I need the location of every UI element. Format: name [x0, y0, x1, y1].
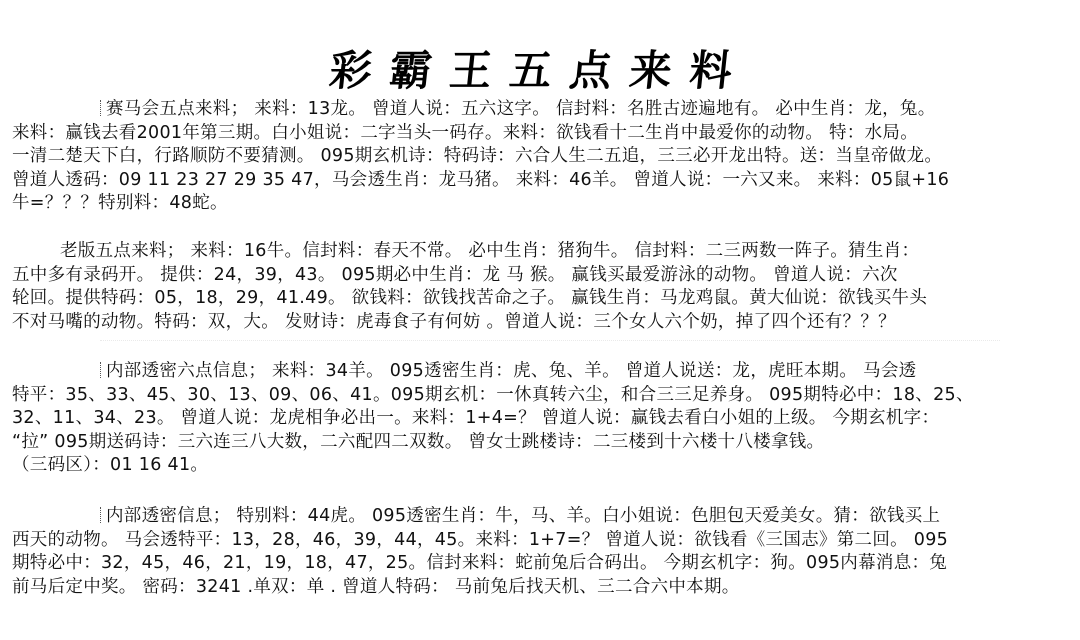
text-line: 轮回。提供特码：05，18，29，41.49。 欲钱料：欲钱找苦命之子。 赢钱生…	[12, 287, 1072, 311]
section-old-version-five-point: 老版五点来料； 来料：16牛。信封料：春天不常。 必中生肖：猪狗牛。 信封料：二…	[12, 240, 1072, 334]
section-saimahui-five-point: 赛马会五点来料； 来料：13龙。 曾道人说：五六这字。 信封料：名胜古迹遍地有。…	[12, 98, 1072, 216]
text-line: 32、11、34、23。 曾道人说：龙虎相争必出一。来料：1+4=？ 曾道人说：…	[12, 407, 1072, 431]
text-line-content: 赛马会五点来料； 来料：13龙。 曾道人说：五六这字。 信封料：名胜古迹遍地有。…	[106, 99, 936, 119]
text-line: 牛=？？？特别料：48蛇。	[12, 192, 1072, 216]
text-line: 赛马会五点来料； 来料：13龙。 曾道人说：五六这字。 信封料：名胜古迹遍地有。…	[12, 98, 1072, 122]
text-line: 不对马嘴的动物。特码：双，大。 发财诗：虎毒食子有何妨 。曾道人说：三个女人六个…	[12, 311, 1072, 335]
text-line: 老版五点来料； 来料：16牛。信封料：春天不常。 必中生肖：猪狗牛。 信封料：二…	[12, 240, 1072, 264]
text-line: “拉” 095期送码诗：三六连三八大数，二六配四二双数。 曾女士跳楼诗：二三楼到…	[12, 431, 1072, 455]
text-line: 内部透密信息； 特别料：44虎。 095透密生肖：牛，马、羊。白小姐说：色胆包天…	[12, 505, 1072, 529]
section-internal-six-point: 内部透密六点信息； 来料：34羊。 095透密生肖：虎、兔、羊。 曾道人说送：龙…	[12, 360, 1072, 478]
scan-artifact	[100, 362, 103, 378]
text-line: 曾道人透码：09 11 23 27 29 35 47，马会透生肖：龙马猪。 来料…	[12, 169, 1072, 193]
text-line: 西天的动物。 马会透特平：13，28，46，39，44，45。来料：1+7=？ …	[12, 529, 1072, 553]
text-line: （三码区）：01 16 41。	[12, 454, 1072, 478]
scan-artifact	[100, 507, 103, 523]
text-line: 来料：赢钱去看2001年第三期。白小姐说：二字当头一码存。来料：欲钱看十二生肖中…	[12, 122, 1072, 146]
text-line-content: 内部透密信息； 特别料：44虎。 095透密生肖：牛，马、羊。白小姐说：色胆包天…	[106, 506, 940, 526]
text-line: 一清二楚天下白，行路顺防不要猜测。 095期玄机诗：特码诗：六合人生二五追，三三…	[12, 145, 1072, 169]
section-internal-info: 内部透密信息； 特别料：44虎。 095透密生肖：牛，马、羊。白小姐说：色胆包天…	[12, 505, 1072, 599]
faint-scan-line	[100, 340, 1000, 349]
text-line: 期特必中：32，45，46，21，19，18，47，25。信封来料：蛇前兔后合码…	[12, 552, 1072, 576]
text-line: 特平：35、33、45、30、13、09、06、41。095期玄机：一休真转六尘…	[12, 384, 1072, 408]
page-title: 彩霸王五点来料	[0, 38, 1080, 98]
text-line: 五中多有录码开。 提供：24，39，43。 095期必中生肖：龙 马 猴。 赢钱…	[12, 264, 1072, 288]
scan-artifact	[100, 100, 103, 116]
text-line: 前马后定中奖。 密码：3241 .单双：单 . 曾道人特码： 马前兔后找天机、三…	[12, 576, 1072, 600]
text-line-content: 内部透密六点信息； 来料：34羊。 095透密生肖：虎、兔、羊。 曾道人说送：龙…	[106, 361, 916, 381]
text-line: 内部透密六点信息； 来料：34羊。 095透密生肖：虎、兔、羊。 曾道人说送：龙…	[12, 360, 1072, 384]
